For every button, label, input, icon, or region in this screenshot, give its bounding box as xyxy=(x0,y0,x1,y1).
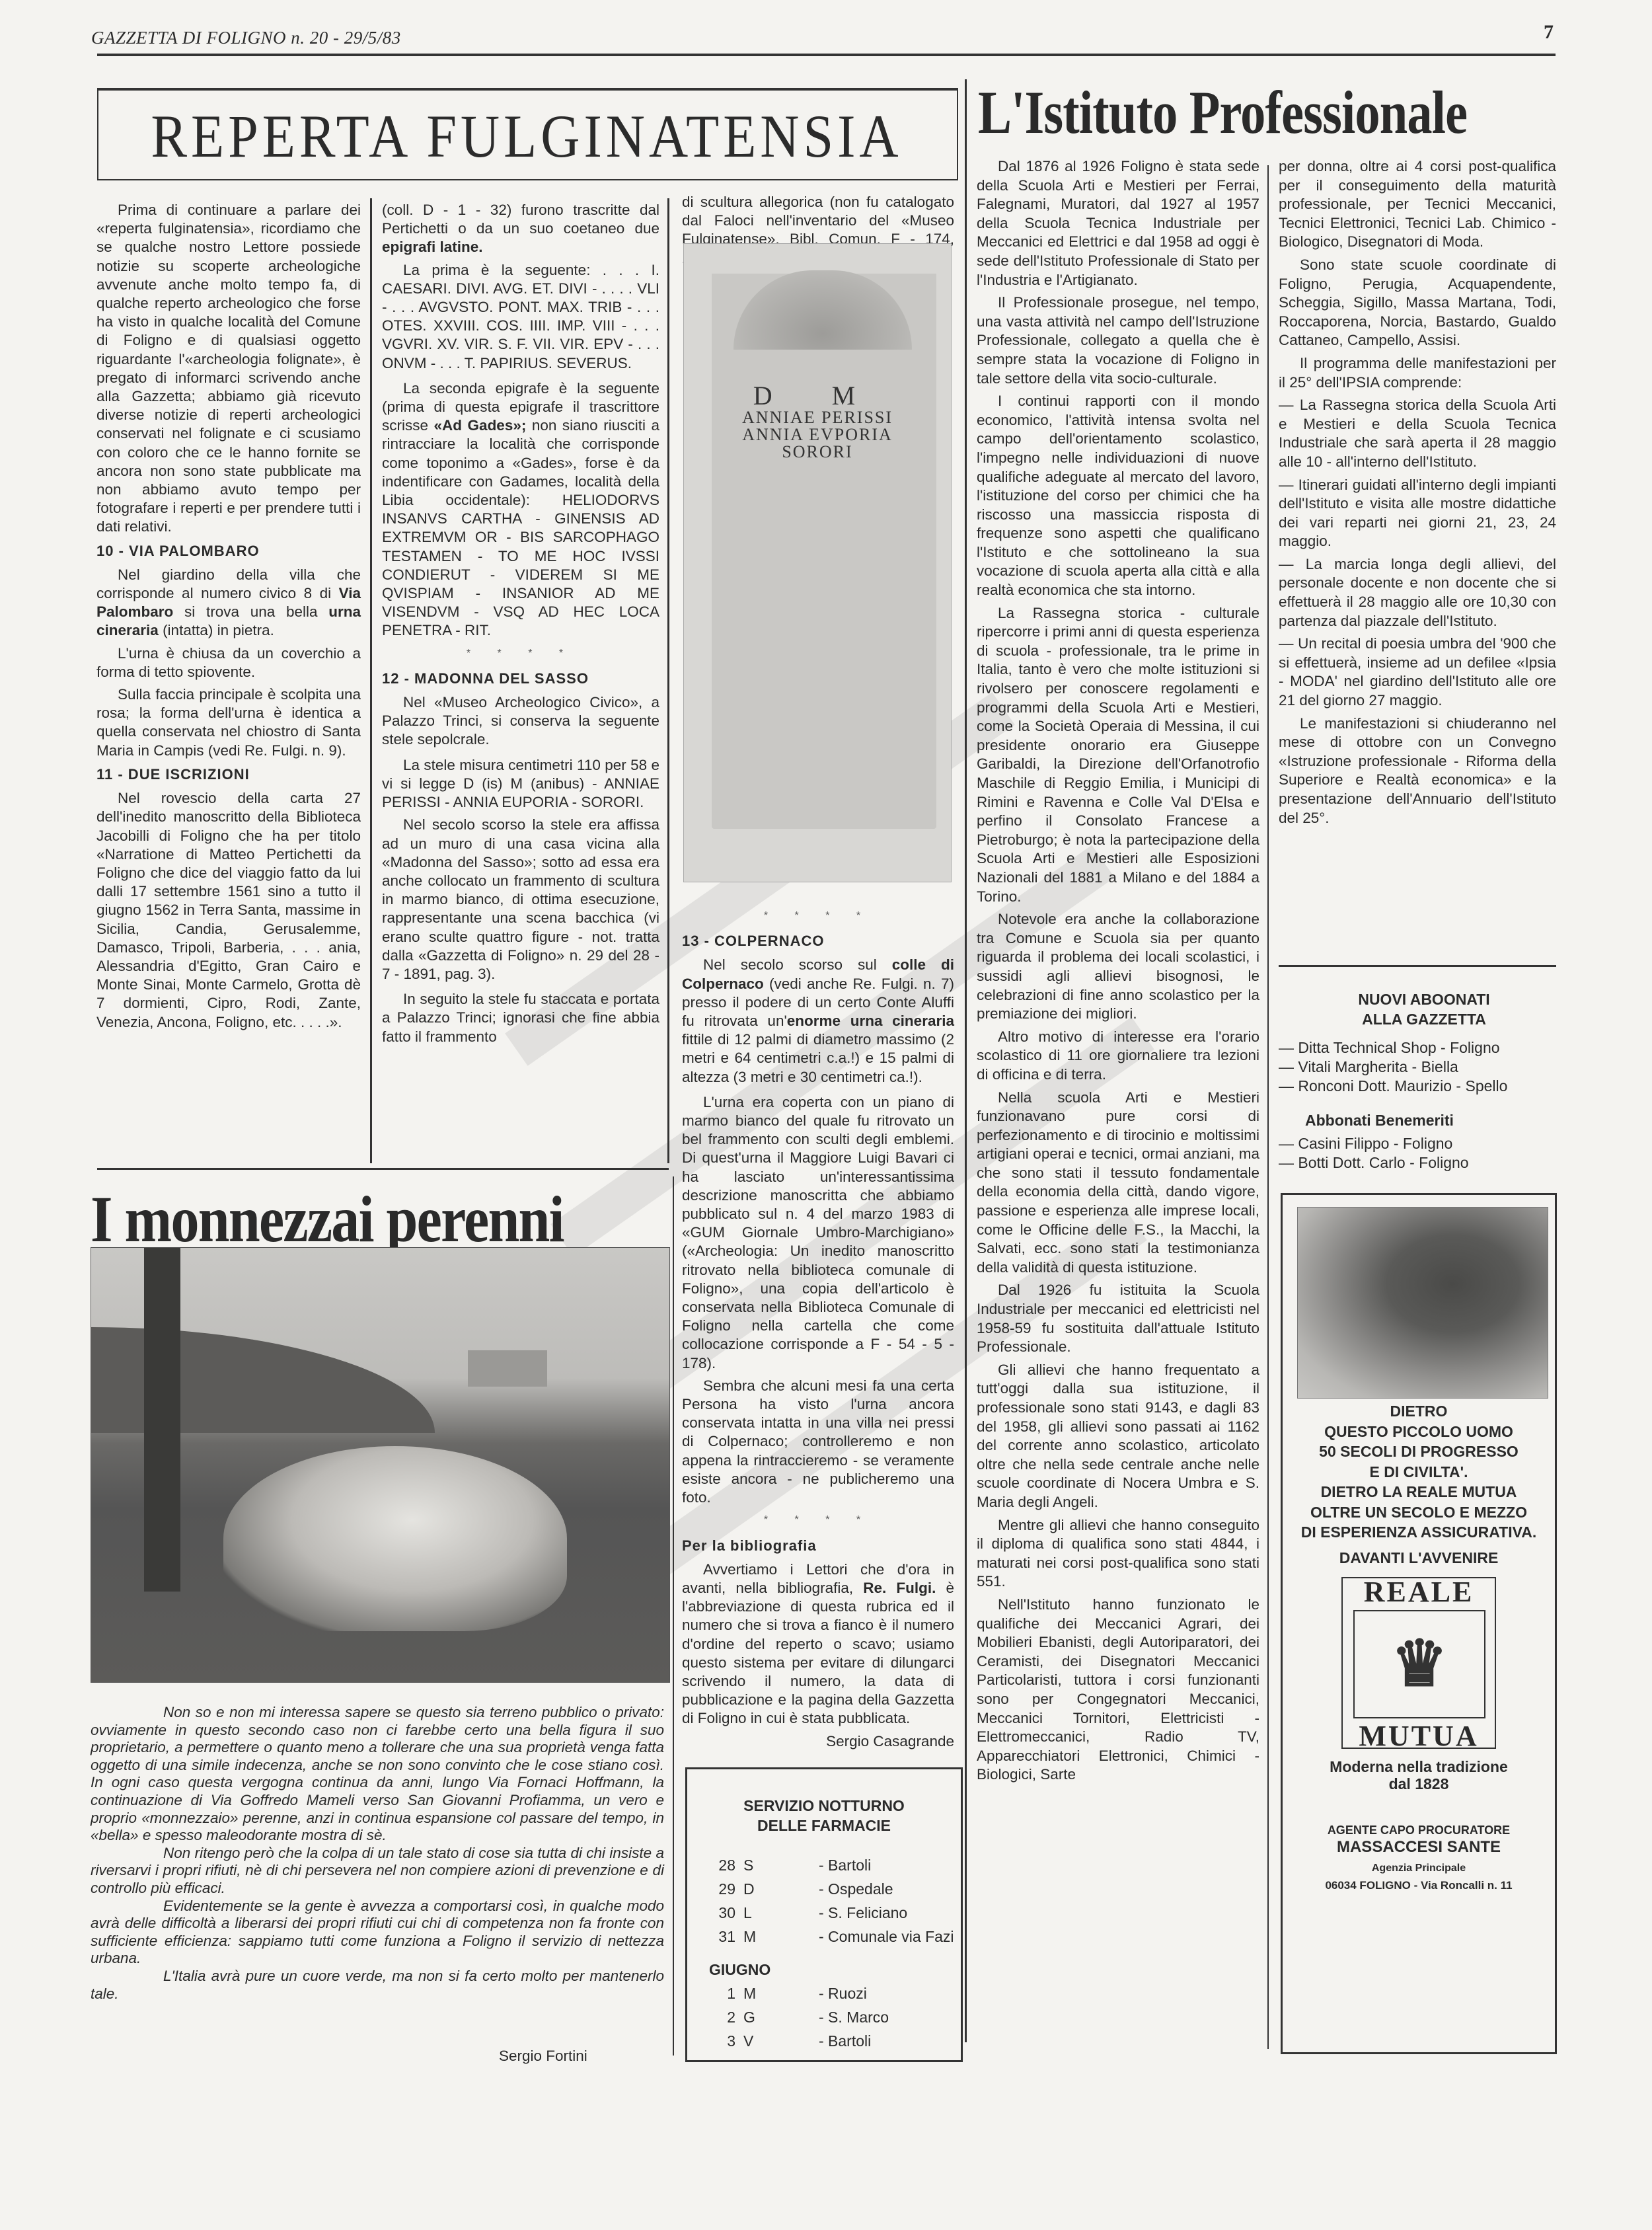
section-separator: * * * * xyxy=(682,907,954,925)
monnezzai-body: Non so e non mi interessa sapere se ques… xyxy=(91,1704,664,2003)
s13-paragraph-2: L'urna era coperta con un piano di marmo… xyxy=(682,1093,954,1373)
stele-inscription: D M ANNIAE PERISSI ANNIA EVPORIA SORORI xyxy=(684,383,951,461)
column-divider xyxy=(1267,165,1269,2049)
benemeriti-label: Abbonati Benemeriti xyxy=(1305,1112,1454,1130)
reale-mutua-logo: REALE ♛ MUTUA xyxy=(1341,1577,1496,1749)
benemerito-item: — Botti Dott. Carlo - Foligno xyxy=(1279,1154,1469,1172)
program-item: — Itinerari guidati all'interno degli im… xyxy=(1279,476,1556,551)
ad-agent: AGENTE CAPO PROCURATORE MASSACCESI SANTE… xyxy=(1283,1822,1555,1894)
program-item: — Un recital di poesia umbra del '900 ch… xyxy=(1279,634,1556,710)
pharmacy-box-title: SERVIZIO NOTTURNO DELLE FARMACIE xyxy=(687,1796,961,1835)
section-rule xyxy=(97,1168,669,1170)
section-heading-11: 11 - DUE ISCRIZIONI xyxy=(96,765,361,784)
section-rule xyxy=(1279,965,1556,967)
pharmacy-row: 31M- Comunale via Fazi xyxy=(709,1928,954,1946)
crest-icon: ♛ xyxy=(1353,1610,1485,1718)
bibliography-paragraph: Avvertiamo i Lettori che d'ora in avanti… xyxy=(682,1560,954,1728)
pharmacy-row: 3V- Bartoli xyxy=(709,2032,871,2050)
section-heading-12: 12 - MADONNA DEL SASSO xyxy=(382,670,659,688)
s12-paragraph-1: Nel «Museo Archeologico Civico», a Palaz… xyxy=(382,693,659,750)
istituto-column-1: Dal 1876 al 1926 Foligno è stata sede de… xyxy=(977,157,1259,1788)
program-item: — La marcia longa degli allievi, del per… xyxy=(1279,555,1556,631)
s12-paragraph-4: In seguito la stele fu staccata e portat… xyxy=(382,990,659,1046)
s11-paragraph-1: Nel rovescio della carta 27 dell'inedito… xyxy=(96,789,361,1032)
stele-photo: D M ANNIAE PERISSI ANNIA EVPORIA SORORI xyxy=(683,243,952,882)
s11-paragraph-2: (coll. D - 1 - 32) furono trascritte dal… xyxy=(382,201,659,257)
monnezzai-title: I monnezzai perenni xyxy=(91,1183,596,1256)
column-divider xyxy=(370,198,372,1163)
reperta-intro: Prima di continuare a parlare dei «reper… xyxy=(96,201,361,537)
s10-paragraph-1: Nel giardino della villa che corrisponde… xyxy=(96,566,361,640)
program-item: — La Rassegna storica della Scuola Arti … xyxy=(1279,396,1556,471)
pharmacy-night-service-box: SERVIZIO NOTTURNO DELLE FARMACIE 28S- Ba… xyxy=(685,1767,963,2062)
s12-paragraph-3: Nel secolo scorso la stele era affissa a… xyxy=(382,816,659,983)
stele-stone xyxy=(712,274,936,829)
reperta-title: REPERTA FULGINATENSIA xyxy=(97,102,956,171)
reperta-column-1: Prima di continuare a parlare dei «reper… xyxy=(96,201,361,1036)
s12-paragraph-2: La stele misura centimetri 110 per 58 e … xyxy=(382,756,659,812)
s10-paragraph-2: L'urna è chiusa da un coverchio a forma … xyxy=(96,644,361,681)
monnezzai-author: Sergio Fortini xyxy=(499,2048,587,2065)
benemerito-item: — Casini Filippo - Foligno xyxy=(1279,1135,1452,1153)
pharmacy-row: 2G- S. Marco xyxy=(709,2009,889,2026)
s10-paragraph-3: Sulla faccia principale è scolpita una r… xyxy=(96,685,361,760)
ad-slogan: Moderna nella tradizione dal 1828 xyxy=(1283,1758,1555,1792)
page-number: 7 xyxy=(1544,21,1554,44)
child-photo xyxy=(1297,1207,1548,1399)
column-divider xyxy=(965,79,967,2042)
istituto-column-2: per donna, oltre ai 4 corsi post-qualifi… xyxy=(1279,157,1556,831)
column-divider xyxy=(673,1176,674,2056)
subscriber-item: — Ronconi Dott. Maurizio - Spello xyxy=(1279,1077,1507,1095)
pharmacy-row: 29D- Ospedale xyxy=(709,1880,893,1898)
ad-headline: DIETRO QUESTO PICCOLO UOMO 50 SECOLI DI … xyxy=(1283,1401,1555,1894)
column-divider xyxy=(667,198,669,1163)
section-separator: * * * * xyxy=(682,1511,954,1529)
header-rule xyxy=(97,54,1556,56)
s11-epigraph-1: La prima è la seguente: . . . I. CAESARI… xyxy=(382,261,659,373)
garbage-dump-photo xyxy=(91,1247,670,1683)
bibliography-heading: Per la bibliografia xyxy=(682,1537,954,1555)
subscriber-item: — Vitali Margherita - Biella xyxy=(1279,1058,1458,1076)
reperta-author: Sergio Casagrande xyxy=(682,1732,954,1751)
section-separator: * * * * xyxy=(382,644,659,663)
pharmacy-row: 28S- Bartoli xyxy=(709,1857,871,1874)
reperta-column-3-lower: * * * * 13 - COLPERNACO Nel secolo scors… xyxy=(682,903,954,1751)
reale-mutua-advertisement: DIETRO QUESTO PICCOLO UOMO 50 SECOLI DI … xyxy=(1281,1193,1557,2054)
s11-epigraph-2: La seconda epigrafe è la seguente (prima… xyxy=(382,379,659,640)
pharmacy-row: 1M- Ruozi xyxy=(709,1985,867,2003)
reperta-column-2: (coll. D - 1 - 32) furono trascritte dal… xyxy=(382,201,659,1050)
s13-paragraph-3: Sembra che alcuni mesi fa una certa Pers… xyxy=(682,1377,954,1507)
section-heading-10: 10 - VIA PALOMBARO xyxy=(96,542,361,560)
pharmacy-month-label: GIUGNO xyxy=(709,1961,770,1979)
s13-paragraph-1: Nel secolo scorso sul colle di Colpernac… xyxy=(682,956,954,1086)
istituto-title: L'Istituto Professionale xyxy=(978,79,1526,145)
subscribers-title: NUOVI ABOONATI ALLA GAZZETTA xyxy=(1279,989,1569,1029)
newspaper-header-title: GAZZETTA DI FOLIGNO n. 20 - 29/5/83 xyxy=(91,28,401,48)
ad-tagline: DAVANTI L'AVVENIRE xyxy=(1283,1548,1555,1568)
pharmacy-row: 30L- S. Feliciano xyxy=(709,1904,907,1922)
section-heading-13: 13 - COLPERNACO xyxy=(682,932,954,950)
subscriber-item: — Ditta Technical Shop - Foligno xyxy=(1279,1039,1500,1057)
